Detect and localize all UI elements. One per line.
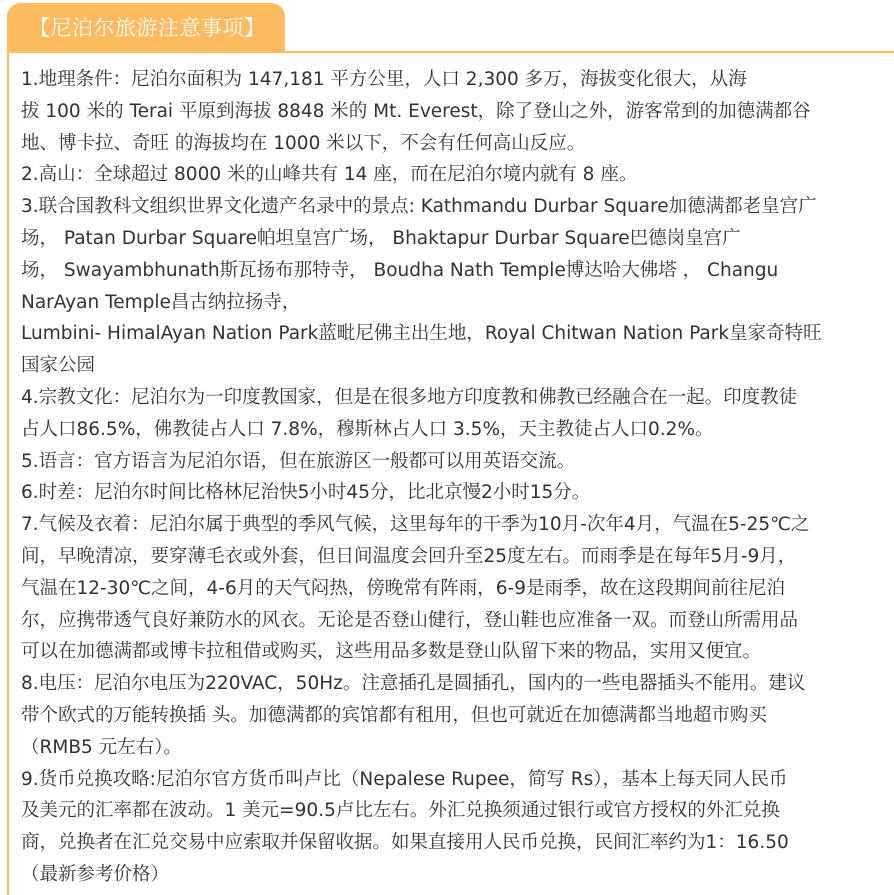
text-line: 国家公园	[21, 350, 887, 382]
text-line: 气温在12-30℃之间，4-6月的天气闷热，傍晚常有阵雨，6-9是雨季，故在这段…	[21, 573, 887, 605]
page-title: 【尼泊尔旅游注意事项】	[29, 13, 266, 43]
text-line: 3.联合国教科文组织世界文化遗产名录中的景点: Kathmandu Durbar…	[21, 191, 887, 223]
header-divider	[7, 51, 894, 53]
text-line: NarAyan Temple昌古纳拉扬寺，	[21, 287, 887, 319]
text-line: 场， Patan Durbar Square帕坦皇宫广场， Bhaktapur …	[21, 223, 887, 255]
text-line: 商，兑换者在汇兑交易中应索取并保留收据。如果直接用人民币兑换，民间汇率约为1：1…	[21, 827, 887, 859]
text-line: 占人口86.5%，佛教徒占人口 7.8%，穆斯林占人口 3.5%，天主教徒占人口…	[21, 414, 887, 446]
text-line: 可以在加德满都或博卡拉租借或购买，这些用品多数是登山队留下来的物品，实用又便宜。	[21, 636, 887, 668]
text-line: 间，早晚清凉，要穿薄毛衣或外套，但日间温度会回升至25度左右。而雨季是在每年5月…	[21, 541, 887, 573]
text-line: （最新参考价格）	[21, 859, 887, 891]
text-line: 地、博卡拉、奇旺 的海拔均在 1000 米以下，不会有任何高山反应。	[21, 128, 887, 160]
text-line: 2.高山：全球超过 8000 米的山峰共有 14 座，而在尼泊尔境内就有 8 座…	[21, 159, 887, 191]
text-line: 场， Swayambhunath斯瓦扬布那特寺， Boudha Nath Tem…	[21, 255, 887, 287]
text-line: 8.电压：尼泊尔电压为220VAC，50Hz。注意插孔是圆插孔，国内的一些电器插…	[21, 668, 887, 700]
text-line: 尔，应携带透气良好兼防水的风衣。无论是否登山健行，登山鞋也应准备一双。而登山所需…	[21, 605, 887, 637]
text-line: 拔 100 米的 Terai 平原到海拔 8848 米的 Mt. Everest…	[21, 96, 887, 128]
text-line: 9.货币兑换攻略:尼泊尔官方货币叫卢比（Nepalese Rupee，简写 Rs…	[21, 764, 887, 796]
text-line: Lumbini- HimalAyan Nation Park蓝毗尼佛主出生地，R…	[21, 318, 887, 350]
text-line: 7.气候及衣着：尼泊尔属于典型的季风气候，这里每年的干季为10月-次年4月，气温…	[21, 509, 887, 541]
text-line: 4.宗教文化：尼泊尔为一印度教国家，但是在很多地方印度教和佛教已经融合在一起。印…	[21, 382, 887, 414]
text-line: 6.时差：尼泊尔时间比格林尼治快5小时45分，比北京慢2小时15分。	[21, 477, 887, 509]
left-border	[7, 51, 9, 895]
text-line: 及美元的汇率都在波动。1 美元=90.5卢比左右。外汇兑换须通过银行或官方授权的…	[21, 795, 887, 827]
header-tab: 【尼泊尔旅游注意事项】	[7, 3, 285, 52]
text-line: 5.语言：官方语言为尼泊尔语，但在旅游区一般都可以用英语交流。	[21, 446, 887, 478]
text-line: 1.地理条件：尼泊尔面积为 147,181 平方公里，人口 2,300 多万，海…	[21, 64, 887, 96]
article-body: 1.地理条件：尼泊尔面积为 147,181 平方公里，人口 2,300 多万，海…	[21, 64, 887, 891]
text-line: 带个欧式的万能转换插 头。加德满都的宾馆都有租用，但也可就近在加德满都当地超市购…	[21, 700, 887, 732]
text-line: （RMB5 元左右）。	[21, 732, 887, 764]
